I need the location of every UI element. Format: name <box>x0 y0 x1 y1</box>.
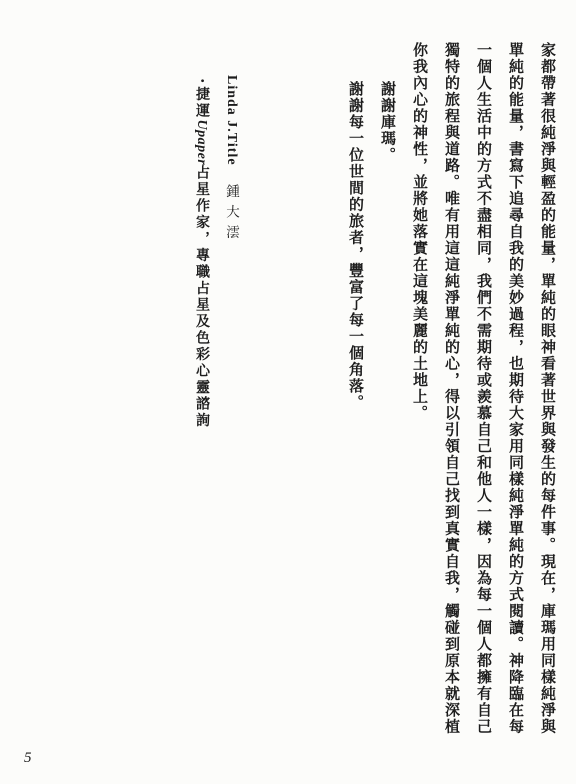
author-name-line: Linda J.Title 鍾大澐 <box>216 42 246 750</box>
bio-prefix: 捷運 <box>194 87 209 120</box>
acknowledgement-kuma: 謝謝庫瑪。 <box>371 42 403 750</box>
author-signature: Linda J.Title 鍾大澐 •捷運Upaper占星作家，專職占星及色彩心… <box>186 42 246 750</box>
bio-brand-name: Upaper <box>194 120 209 166</box>
bio-suffix: 占星作家，專職占星及色彩心靈諮詢 <box>194 165 209 429</box>
vertical-text-block: 家都帶著很純淨與輕盈的能量，單純的眼神看著世界與發生的每件事。現在，庫瑪用同樣純… <box>186 42 563 750</box>
author-name-english: Linda J.Title <box>224 75 239 166</box>
page-number: 5 <box>24 750 32 767</box>
bullet-icon: • <box>196 79 207 87</box>
author-name-chinese: 鍾大澐 <box>224 184 239 246</box>
book-page: 家都帶著很純淨與輕盈的能量，單純的眼神看著世界與發生的每件事。現在，庫瑪用同樣純… <box>0 0 576 784</box>
author-bio-line: •捷運Upaper占星作家，專職占星及色彩心靈諮詢 <box>186 42 216 750</box>
body-paragraph: 家都帶著很純淨與輕盈的能量，單純的眼神看著世界與發生的每件事。現在，庫瑪用同樣純… <box>403 42 563 750</box>
acknowledgement-travelers: 謝謝每一位世間的旅者，豐富了每一個角落。 <box>339 42 371 750</box>
